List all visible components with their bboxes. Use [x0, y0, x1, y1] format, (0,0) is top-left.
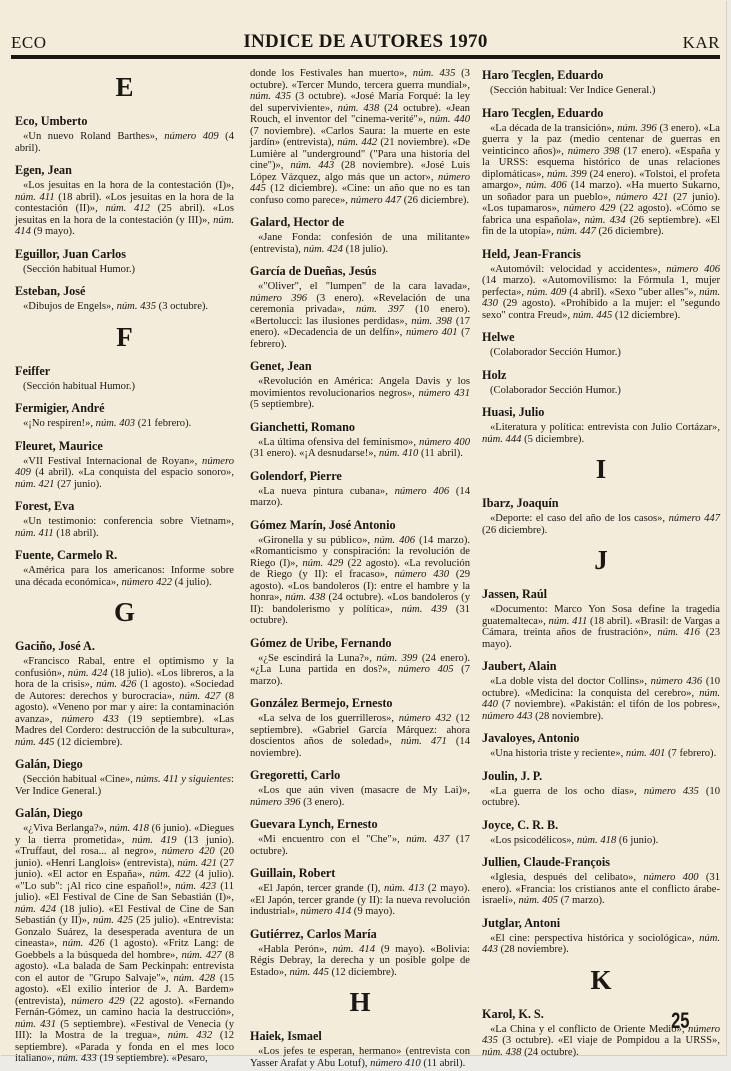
- author-entry: Gaciño, José A.«Francisco Rabal, entre e…: [15, 639, 234, 748]
- magazine-page: ECO INDICE DE AUTORES 1970 KAR EEco, Umb…: [0, 0, 726, 1055]
- author-entry: Esteban, José«Dibujos de Engels», núm. 4…: [15, 284, 234, 313]
- article-list: «Un nuevo Roland Barthes», número 409 (4…: [15, 131, 234, 154]
- author-name: Haro Tecglen, Eduardo: [482, 106, 720, 120]
- author-name: Guevara Lynch, Ernesto: [250, 817, 470, 831]
- article-list: «Documento: Marco Yon Sosa define la tra…: [482, 604, 720, 650]
- author-name: Eguillor, Juan Carlos: [15, 247, 234, 261]
- article-list: «Un testimonio: conferencia sobre Vietna…: [15, 516, 234, 539]
- article-list: «Automóvil: velocidad y accidentes», núm…: [482, 264, 720, 322]
- author-entry: Joulin, J. P.«La guerra de los ocho días…: [482, 769, 720, 809]
- header-rule: [11, 55, 720, 59]
- author-entry: Jassen, Raúl«Documento: Marco Yon Sosa d…: [482, 587, 720, 650]
- article-list: «Revolución en América: Angela Davis y l…: [250, 376, 470, 411]
- author-name: Gianchetti, Romano: [250, 420, 470, 434]
- article-list: donde los Festivales han muerto», núm. 4…: [250, 68, 470, 206]
- article-list: «La nueva pintura cubana», número 406 (1…: [250, 486, 470, 509]
- article-list: (Colaborador Sección Humor.): [482, 385, 720, 397]
- author-name: Jullien, Claude-François: [482, 855, 720, 869]
- article-list: «Los psicodélicos», núm. 418 (6 junio).: [482, 835, 720, 847]
- author-entry: Jutglar, Antoni«El cine: perspectiva his…: [482, 916, 720, 956]
- author-name: Haiek, Ismael: [250, 1029, 470, 1043]
- author-entry: Galán, Diego(Sección habitual «Cine», nú…: [15, 757, 234, 797]
- author-entry: García de Dueñas, Jesús«"Oliver", el "lu…: [250, 264, 470, 350]
- author-name: Joulin, J. P.: [482, 769, 720, 783]
- article-list: «El cine: perspectiva histórica y sociol…: [482, 933, 720, 956]
- article-list: «La guerra de los ocho días», número 435…: [482, 786, 720, 809]
- author-name: González Bermejo, Ernesto: [250, 696, 470, 710]
- author-entry: Javaloyes, Antonio«Una historia triste y…: [482, 731, 720, 760]
- author-entry: Forest, Eva«Un testimonio: conferencia s…: [15, 499, 234, 539]
- author-entry: Guillain, Robert«El Japón, tercer grande…: [250, 866, 470, 918]
- author-name: Jaubert, Alain: [482, 659, 720, 673]
- section-letter: H: [250, 987, 470, 1017]
- author-name: Guillain, Robert: [250, 866, 470, 880]
- author-entry: Gómez de Uribe, Fernando«¿Se escindirá l…: [250, 636, 470, 688]
- author-entry: Eco, Umberto«Un nuevo Roland Barthes», n…: [15, 114, 234, 154]
- article-list: «¿Se escindirá la Luna?», núm. 399 (24 e…: [250, 653, 470, 688]
- author-entry: Gutiérrez, Carlos María«Habla Perón», nú…: [250, 927, 470, 979]
- author-name: Holz: [482, 368, 720, 382]
- article-list: (Sección habitual: Ver Indice General.): [482, 85, 720, 97]
- author-entry: Jaubert, Alain«La doble vista del doctor…: [482, 659, 720, 722]
- article-list: (Sección habitual Humor.): [15, 264, 234, 276]
- author-name: Gaciño, José A.: [15, 639, 234, 653]
- article-list: «Iglesia, después del celibato», número …: [482, 872, 720, 907]
- index-column-2: donde los Festivales han muerto», núm. 4…: [250, 68, 470, 1071]
- author-entry: Gómez Marín, José Antonio«Gironella y su…: [250, 518, 470, 627]
- author-entry: Jullien, Claude-François«Iglesia, despué…: [482, 855, 720, 907]
- author-entry: Genet, Jean«Revolución en América: Angel…: [250, 359, 470, 411]
- author-entry: Golendorf, Pierre«La nueva pintura cuban…: [250, 469, 470, 509]
- author-entry: Joyce, C. R. B.«Los psicodélicos», núm. …: [482, 818, 720, 847]
- article-list: «La doble vista del doctor Collins», núm…: [482, 676, 720, 722]
- page-title: INDICE DE AUTORES 1970: [11, 31, 720, 53]
- author-name: Fuente, Carmelo R.: [15, 548, 234, 562]
- article-list: (Sección habitual «Cine», núms. 411 y si…: [15, 774, 234, 797]
- index-column-1: EEco, Umberto«Un nuevo Roland Barthes», …: [15, 68, 234, 1071]
- section-letter: F: [15, 322, 234, 352]
- author-entry: Eguillor, Juan Carlos(Sección habitual H…: [15, 247, 234, 276]
- author-name: Joyce, C. R. B.: [482, 818, 720, 832]
- article-list: «Una historia triste y reciente», núm. 4…: [482, 748, 720, 760]
- article-list: (Sección habitual Humor.): [15, 381, 234, 393]
- author-name: Galán, Diego: [15, 806, 234, 820]
- article-list: «VII Festival Internacional de Royan», n…: [15, 456, 234, 491]
- author-entry: Fleuret, Maurice«VII Festival Internacio…: [15, 439, 234, 491]
- author-entry: González Bermejo, Ernesto«La selva de lo…: [250, 696, 470, 759]
- author-name: Jutglar, Antoni: [482, 916, 720, 930]
- author-name: Helwe: [482, 330, 720, 344]
- author-entry: Holz(Colaborador Sección Humor.): [482, 368, 720, 397]
- author-name: Galán, Diego: [15, 757, 234, 771]
- article-list: «Dibujos de Engels», núm. 435 (3 octubre…: [15, 301, 234, 313]
- author-name: Huasi, Julio: [482, 405, 720, 419]
- author-entry: Galán, Diego«¿Viva Berlanga?», núm. 418 …: [15, 806, 234, 1065]
- author-name: Held, Jean-Francis: [482, 247, 720, 261]
- article-list: «La última ofensiva del feminismo», núme…: [250, 437, 470, 460]
- author-name: Egen, Jean: [15, 163, 234, 177]
- article-list: «"Oliver", el "lumpen" de la cara lavada…: [250, 281, 470, 350]
- article-list: «América para los americanos: Informe so…: [15, 565, 234, 588]
- author-name: Eco, Umberto: [15, 114, 234, 128]
- author-name: García de Dueñas, Jesús: [250, 264, 470, 278]
- author-entry: Helwe(Colaborador Sección Humor.): [482, 330, 720, 359]
- page-number: 25: [671, 1008, 689, 1034]
- author-entry: Egen, Jean«Los jesuitas en la hora de la…: [15, 163, 234, 238]
- author-name: Genet, Jean: [250, 359, 470, 373]
- author-name: Galard, Hector de: [250, 215, 470, 229]
- article-list: «Literatura y política: entrevista con J…: [482, 422, 720, 445]
- author-name: Ibarz, Joaquín: [482, 496, 720, 510]
- index-column-3: Haro Tecglen, Eduardo(Sección habitual: …: [482, 68, 720, 1067]
- author-entry: donde los Festivales han muerto», núm. 4…: [250, 68, 470, 206]
- section-letter: I: [482, 454, 720, 484]
- section-letter: K: [482, 965, 720, 995]
- article-list: «Habla Perón», núm. 414 (9 mayo). «Boliv…: [250, 944, 470, 979]
- author-name: Forest, Eva: [15, 499, 234, 513]
- author-name: Gómez Marín, José Antonio: [250, 518, 470, 532]
- page-header: ECO INDICE DE AUTORES 1970 KAR: [11, 27, 720, 57]
- article-list: «Mi encuentro con el "Che"», núm. 437 (1…: [250, 834, 470, 857]
- author-entry: Haro Tecglen, Eduardo«La década de la tr…: [482, 106, 720, 238]
- author-name: Fermigier, André: [15, 401, 234, 415]
- section-letter: G: [15, 597, 234, 627]
- author-name: Fleuret, Maurice: [15, 439, 234, 453]
- author-entry: Huasi, Julio«Literatura y política: entr…: [482, 405, 720, 445]
- article-list: «La selva de los guerrilleros», número 4…: [250, 713, 470, 759]
- author-name: Haro Tecglen, Eduardo: [482, 68, 720, 82]
- author-entry: Guevara Lynch, Ernesto«Mi encuentro con …: [250, 817, 470, 857]
- article-list: «Los jesuitas en la hora de la contestac…: [15, 180, 234, 238]
- author-entry: Held, Jean-Francis«Automóvil: velocidad …: [482, 247, 720, 322]
- section-letter: J: [482, 545, 720, 575]
- author-entry: Haiek, Ismael«Los jefes te esperan, herm…: [250, 1029, 470, 1069]
- article-list: «Los jefes te esperan, hermano» (entrevi…: [250, 1046, 470, 1069]
- author-entry: Fermigier, André«¡No respiren!», núm. 40…: [15, 401, 234, 430]
- author-entry: Galard, Hector de«Jane Fonda: confesión …: [250, 215, 470, 255]
- article-list: «Deporte: el caso del año de los casos»,…: [482, 513, 720, 536]
- article-list: (Colaborador Sección Humor.): [482, 347, 720, 359]
- article-list: «Jane Fonda: confesión de una militante»…: [250, 232, 470, 255]
- header-range-end: KAR: [683, 33, 720, 53]
- author-name: Gregoretti, Carlo: [250, 768, 470, 782]
- author-name: Javaloyes, Antonio: [482, 731, 720, 745]
- article-list: «Gironella y su público», núm. 406 (14 m…: [250, 535, 470, 627]
- author-name: Jassen, Raúl: [482, 587, 720, 601]
- author-entry: Feiffer(Sección habitual Humor.): [15, 364, 234, 393]
- section-letter: E: [15, 72, 234, 102]
- author-entry: Fuente, Carmelo R.«América para los amer…: [15, 548, 234, 588]
- article-list: «El Japón, tercer grande (I), núm. 413 (…: [250, 883, 470, 918]
- author-name: Gómez de Uribe, Fernando: [250, 636, 470, 650]
- author-name: Gutiérrez, Carlos María: [250, 927, 470, 941]
- article-list: «¡No respiren!», núm. 403 (21 febrero).: [15, 418, 234, 430]
- author-entry: Gianchetti, Romano«La última ofensiva de…: [250, 420, 470, 460]
- article-list: «Francisco Rabal, entre el optimismo y l…: [15, 656, 234, 748]
- author-entry: Haro Tecglen, Eduardo(Sección habitual: …: [482, 68, 720, 97]
- author-name: Golendorf, Pierre: [250, 469, 470, 483]
- author-entry: Gregoretti, Carlo«Los que aún viven (mas…: [250, 768, 470, 808]
- article-list: «La década de la transición», núm. 396 (…: [482, 123, 720, 238]
- author-name: Feiffer: [15, 364, 234, 378]
- article-list: «¿Viva Berlanga?», núm. 418 (6 junio). «…: [15, 823, 234, 1065]
- author-name: Esteban, José: [15, 284, 234, 298]
- author-entry: Ibarz, Joaquín«Deporte: el caso del año …: [482, 496, 720, 536]
- article-list: «Los que aún viven (masacre de My Lai)»,…: [250, 785, 470, 808]
